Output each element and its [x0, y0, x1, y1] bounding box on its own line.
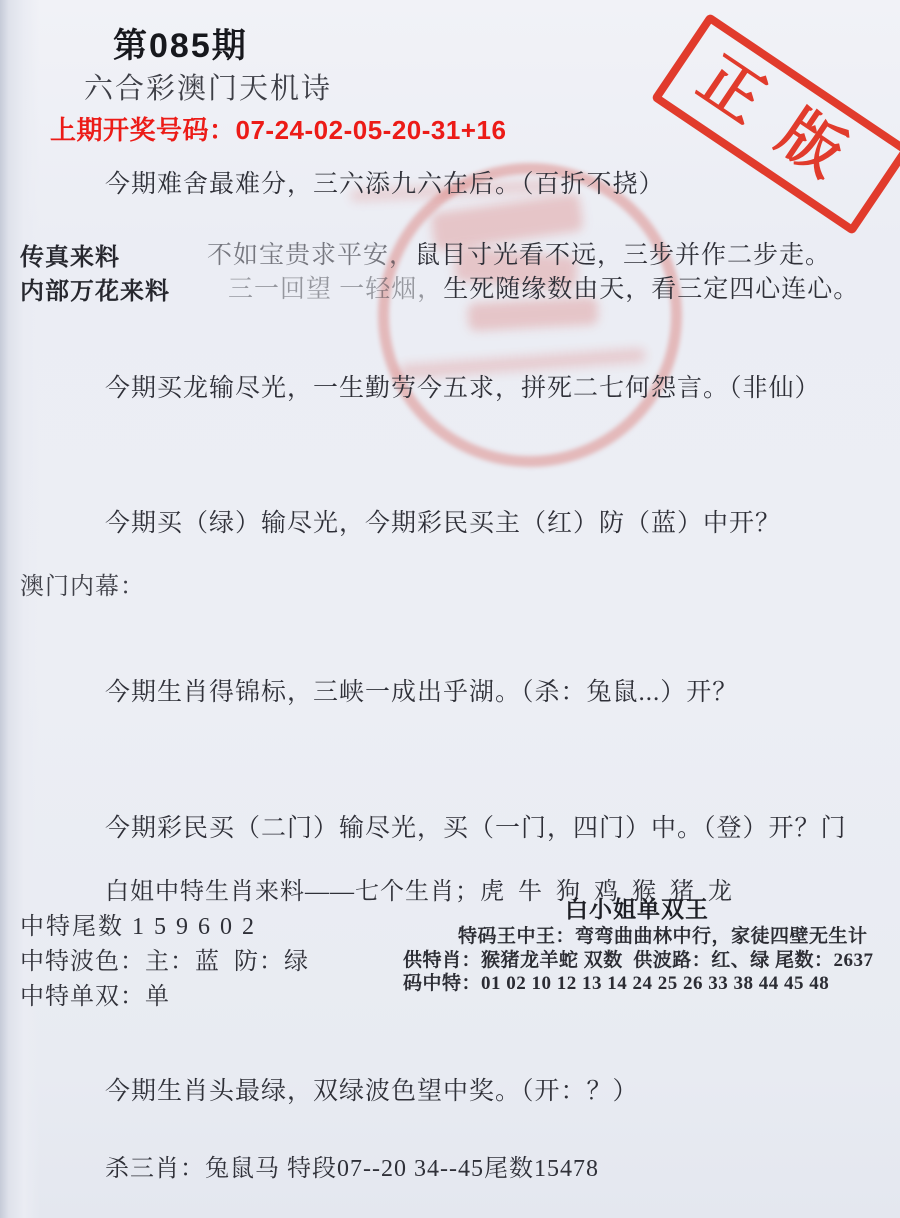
wave-color-line: 中特波色：主：蓝 防：绿: [20, 941, 309, 976]
odd-even-line: 中特单双：单: [20, 976, 170, 1011]
doc-title: 六合彩澳门天机诗: [84, 66, 332, 107]
poem-line-5: 今期彩民买（二门）输尽光，买（一门，四门）中。（登）开？门: [105, 808, 847, 844]
poem-line-2: 今期买龙输尽光，一生勤劳今五求，拼死二七何怨言。（非仙）: [105, 368, 821, 404]
fax-source-content: 不如宝贵求平安，鼠目寸光看不远，三步并作二步走。: [207, 235, 831, 271]
internal-source-label: 内部万花来料: [20, 271, 170, 306]
issue-title: 第085期: [113, 18, 248, 67]
macau-insider-label: 澳门内幕：: [20, 566, 145, 601]
fax-source-label: 传真来料: [20, 237, 120, 272]
fax-faded-part: 不如宝贵求平安，: [207, 242, 415, 269]
internal-faded-part: 三一回望 一轻烟，: [228, 276, 443, 303]
poem-line-1: 今期难舍最难分，三六添九六在后。（百折不挠）: [105, 164, 665, 200]
poem-line-6: 今期生肖头最绿，双绿波色望中奖。（开：？）: [105, 1071, 639, 1107]
last-draw-numbers: 上期开奖号码：07-24-02-05-20-31+16: [50, 110, 506, 147]
poem-line-4: 今期生肖得锦标，三峡一成出乎湖。（杀：兔鼠...）开？: [105, 672, 738, 708]
internal-rest-part: 生死随缘数由天，看三定四心连心。: [443, 276, 859, 303]
authenticity-stamp: 正版: [651, 13, 900, 236]
internal-source-content: 三一回望 一轻烟，生死随缘数由天，看三定四心连心。: [228, 269, 859, 305]
special-code-king-line: 特码王中王：弯弯曲曲林中行，家徒四壁无生计: [458, 921, 868, 948]
tail-numbers-line: 中特尾数 1 5 9 6 0 2: [20, 906, 256, 941]
code-numbers-line: 码中特：01 02 10 12 13 14 24 25 26 33 38 44 …: [403, 968, 829, 995]
right-column-title: 白小姐单双王: [565, 891, 709, 924]
kill-three-zodiac-line: 杀三肖：兔鼠马 特段07--20 34--45尾数15478: [105, 1148, 599, 1183]
document-page: 正版 第085期 六合彩澳门天机诗 上期开奖号码：07-24-02-05-20-…: [0, 0, 900, 1218]
stamp-text: 正版: [680, 42, 882, 206]
fax-rest-part: 鼠目寸光看不远，三步并作二步走。: [415, 242, 831, 269]
poem-line-3: 今期买（绿）输尽光，今期彩民买主（红）防（蓝）中开？: [105, 503, 781, 539]
